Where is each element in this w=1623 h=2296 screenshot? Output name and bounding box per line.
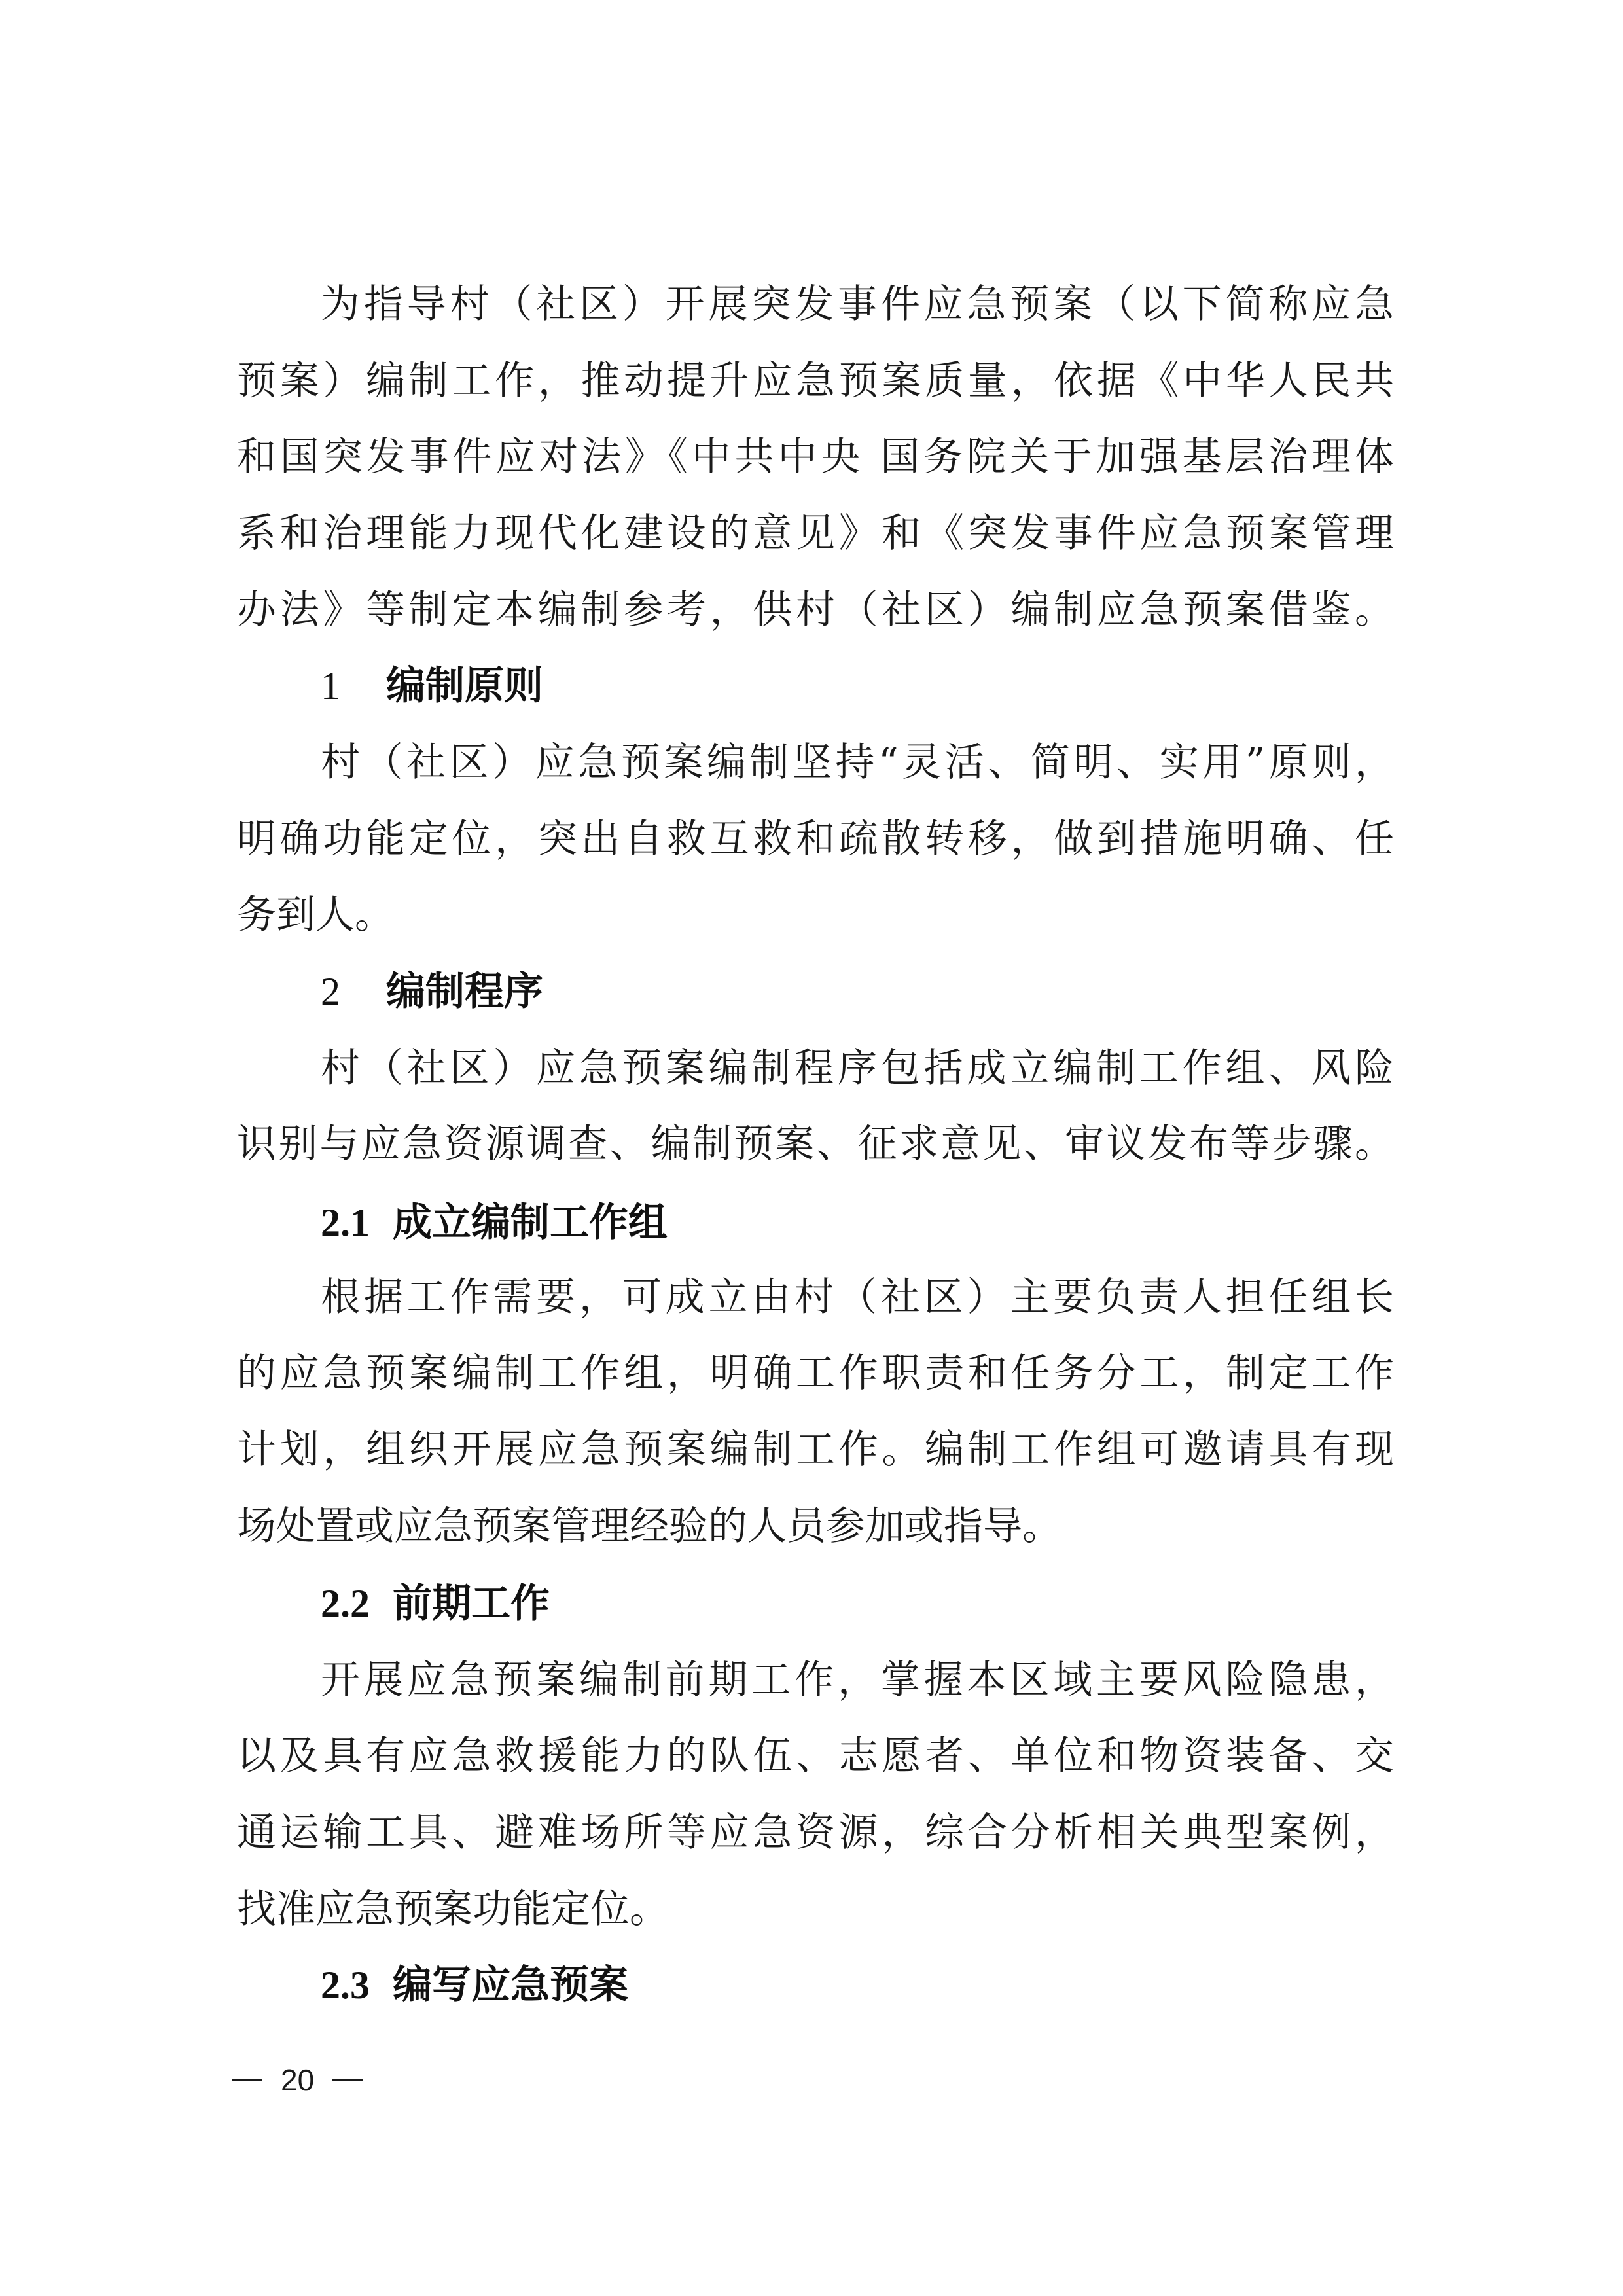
section-heading-1: 1编制原则 bbox=[321, 660, 543, 719]
paragraph-line: 系和治理能力现代化建设的意见》和《突发事件应急预案管理 bbox=[237, 507, 1394, 584]
paragraph-line: 场处置或应急预案管理经验的人员参加或指导。 bbox=[237, 1500, 1394, 1577]
page-number: 20 bbox=[281, 2060, 314, 2100]
section-heading-2: 2编制程序 bbox=[321, 965, 543, 1024]
dash-left bbox=[232, 2079, 262, 2081]
paragraph-line: 开展应急预案编制前期工作，掌握本区域主要风险隐患， bbox=[321, 1654, 1394, 1731]
subsection-heading-2-3: 2.3编写应急预案 bbox=[321, 1959, 628, 2018]
paragraph-line: 为指导村（社区）开展突发事件应急预案（以下简称应急 bbox=[321, 278, 1394, 355]
paragraph-line: 识别与应急资源调查、编制预案、征求意见、审议发布等步骤。 bbox=[237, 1118, 1394, 1194]
subsection-heading-2-2: 2.2前期工作 bbox=[321, 1577, 550, 1636]
subsection-number: 2.1 bbox=[321, 1196, 393, 1249]
page-footer: 20 bbox=[232, 2060, 363, 2100]
section-number: 1 bbox=[321, 660, 386, 712]
paragraph-line: 村（社区）应急预案编制程序包括成立编制工作组、风险 bbox=[321, 1042, 1394, 1119]
paragraph-line: 以及具有应急救援能力的队伍、志愿者、单位和物资装备、交 bbox=[237, 1730, 1394, 1806]
subsection-heading-2-1: 2.1成立编制工作组 bbox=[321, 1196, 668, 1255]
dash-right bbox=[332, 2079, 363, 2081]
paragraph-line: 和国突发事件应对法》《中共中央 国务院关于加强基层治理体 bbox=[237, 431, 1394, 507]
paragraph-line: 村（社区）应急预案编制坚持“灵活、简明、实用”原则， bbox=[321, 736, 1394, 813]
paragraph-line: 计划，组织开展应急预案编制工作。编制工作组可邀请具有现 bbox=[237, 1424, 1394, 1500]
subsection-title: 编写应急预案 bbox=[393, 1962, 628, 2008]
subsection-number: 2.2 bbox=[321, 1577, 393, 1630]
section-title: 编制程序 bbox=[386, 969, 543, 1014]
section-number: 2 bbox=[321, 965, 386, 1018]
paragraph-line: 明确功能定位，突出自救互救和疏散转移，做到措施明确、任 bbox=[237, 813, 1394, 889]
paragraph-line: 务到人。 bbox=[237, 889, 1394, 965]
paragraph-line: 办法》等制定本编制参考，供村（社区）编制应急预案借鉴。 bbox=[237, 584, 1394, 660]
section-title: 编制原则 bbox=[386, 663, 543, 709]
paragraph-line: 通运输工具、避难场所等应急资源，综合分析相关典型案例， bbox=[237, 1806, 1394, 1883]
paragraph-line: 预案）编制工作，推动提升应急预案质量，依据《中华人民共 bbox=[237, 355, 1394, 431]
document-page: 为指导村（社区）开展突发事件应急预案（以下简称应急 预案）编制工作，推动提升应急… bbox=[0, 0, 1623, 2296]
paragraph-line: 的应急预案编制工作组，明确工作职责和任务分工，制定工作 bbox=[237, 1347, 1394, 1424]
subsection-title: 前期工作 bbox=[393, 1581, 550, 1626]
subsection-number: 2.3 bbox=[321, 1959, 393, 2011]
subsection-title: 成立编制工作组 bbox=[393, 1200, 668, 1246]
paragraph-line: 根据工作需要，可成立由村（社区）主要负责人担任组长 bbox=[321, 1271, 1394, 1348]
paragraph-line: 找准应急预案功能定位。 bbox=[237, 1883, 1394, 1960]
